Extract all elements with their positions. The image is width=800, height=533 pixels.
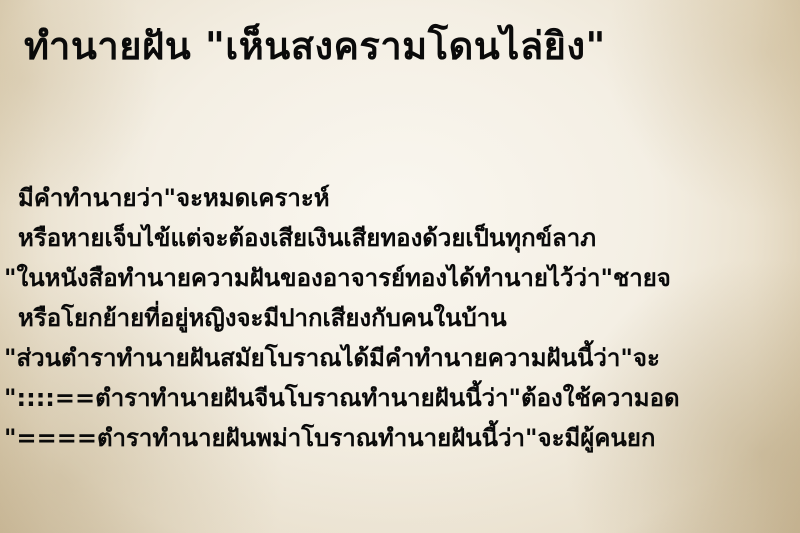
- page-title: ทำนายฝัน "เห็นสงครามโดนไล่ยิง": [24, 14, 606, 78]
- interpretation-line-5: "ส่วนตำราทำนายฝันสมัยโบราณได้มีคำทำนายคว…: [0, 338, 800, 378]
- interpretation-line-2: หรือหายเจ็บไข้แต่จะต้องเสียเงินเสียทองด้…: [0, 218, 800, 258]
- dream-interpretation-body: มีคำทำนายว่า"จะหมดเคราะห์ หรือหายเจ็บไข้…: [0, 178, 800, 458]
- interpretation-line-3: "ในหนังสือทำนายความฝันของอาจารย์ทองได้ทำ…: [0, 258, 800, 298]
- interpretation-line-4: หรือโยกย้ายที่อยู่หญิงจะมีปากเสียงกับคนใ…: [0, 298, 800, 338]
- interpretation-line-1: มีคำทำนายว่า"จะหมดเคราะห์: [0, 178, 800, 218]
- interpretation-line-7: "====ตำราทำนายฝันพม่าโบราณทำนายฝันนี้ว่า…: [0, 418, 800, 458]
- interpretation-line-6: "::::==ตำราทำนายฝันจีนโบราณทำนายฝันนี้ว่…: [0, 378, 800, 418]
